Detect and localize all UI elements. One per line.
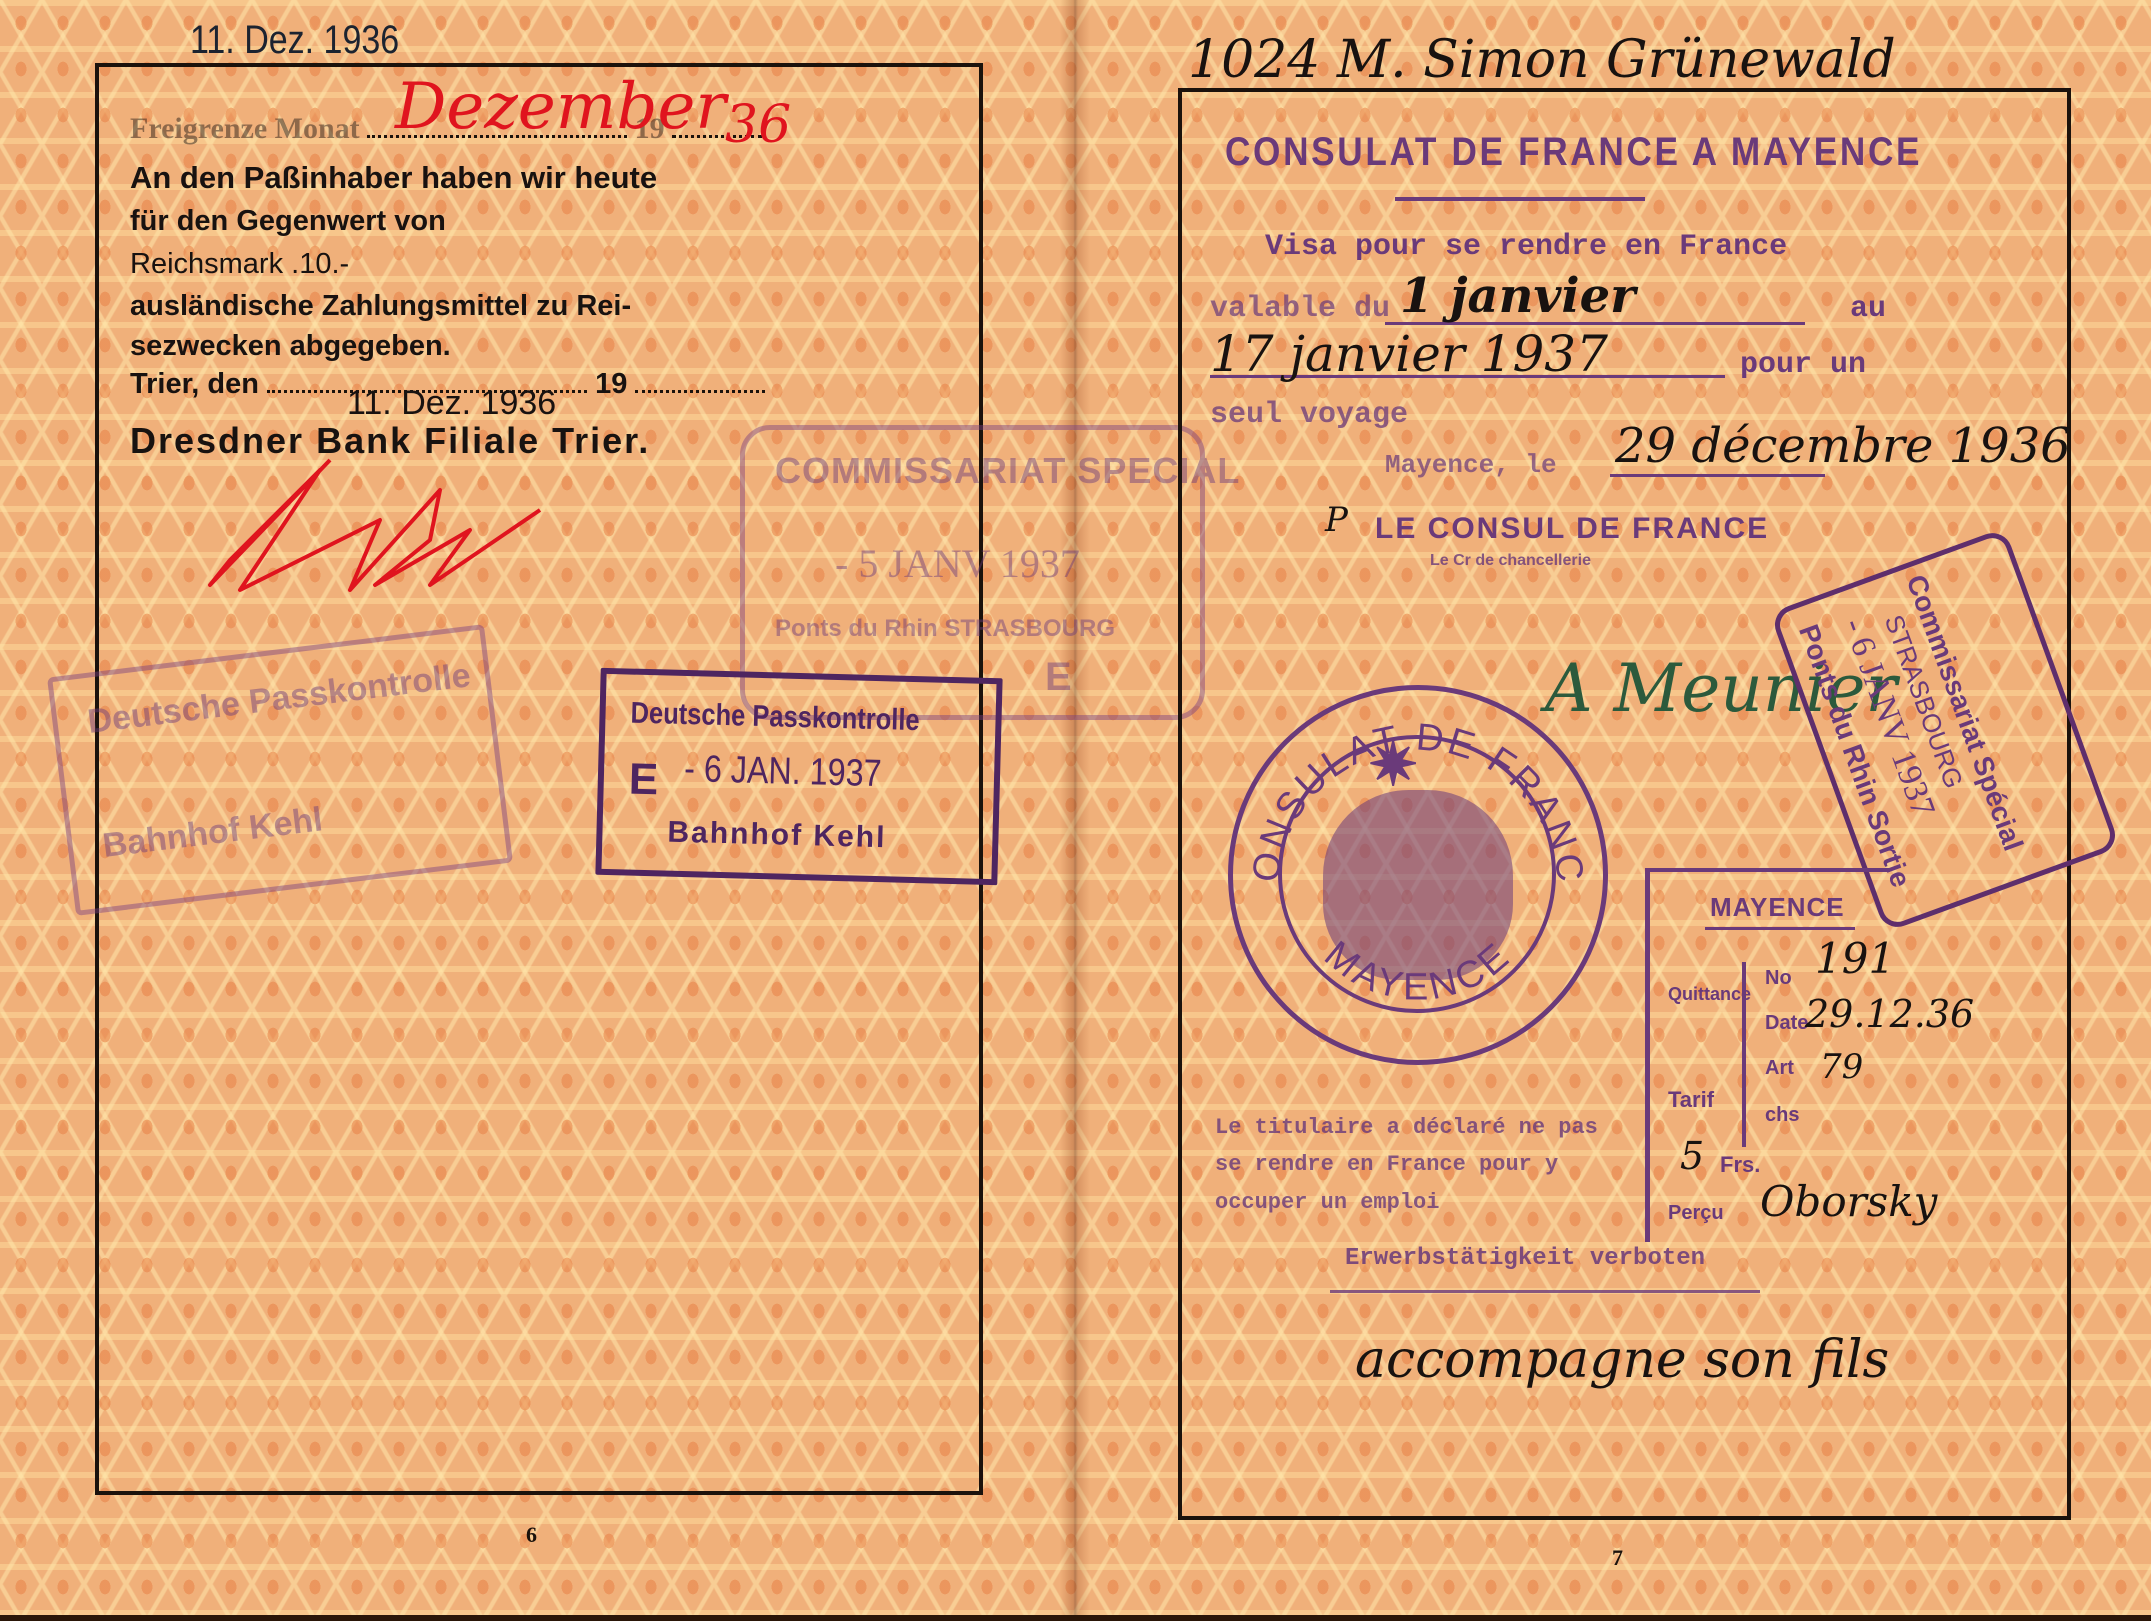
au-label: au: [1850, 292, 1886, 326]
red-signature-icon: [180, 440, 560, 590]
date-value: 29.12.36: [1805, 992, 1974, 1036]
pour-un: pour un: [1740, 348, 1866, 382]
kehl-stamp-date: - 6 JAN. 1937: [684, 748, 883, 796]
mayence-le: Mayence, le: [1385, 450, 1557, 480]
kehl-stamp-line1: Deutsche Passkontrolle: [630, 697, 920, 739]
date-label: Date: [1765, 1012, 1808, 1035]
visa-line1: Visa pour se rendre en France: [1265, 230, 1787, 264]
handwritten-month: Dezember: [395, 70, 726, 144]
handwritten-header: 1024 M. Simon Grünewald: [1188, 30, 1896, 90]
consulate-title-underline: [1395, 197, 1645, 201]
commissariat-line1: COMMISSARIAT SPECIAL: [775, 450, 1240, 492]
consul-prefix: P: [1325, 500, 1348, 540]
seul-voyage: seul voyage: [1210, 398, 1408, 432]
valable-from: 1 janvier: [1400, 268, 1635, 324]
percu-signature: Oborsky: [1760, 1177, 1937, 1226]
svg-text:MAYENCE: MAYENCE: [1316, 933, 1519, 1008]
handwritten-year: 36: [725, 95, 791, 155]
kehl-passkontrolle-stamp: Deutsche Passkontrolle E - 6 JAN. 1937 B…: [595, 668, 1002, 885]
declaration-footer: Erwerbstätigkeit verboten: [1345, 1245, 1705, 1272]
faded-stamp-line1: Deutsche Passkontrolle: [85, 656, 472, 742]
trier-date: 11. Dez. 1936: [347, 384, 556, 423]
consul-subtitle: Le Cr de chancellerie: [1430, 552, 1591, 570]
declaration-underline: [1330, 1290, 1760, 1293]
art-label: Art: [1765, 1057, 1794, 1080]
fee-stamp: MAYENCE Quittance Tarif No 191 Date 29.1…: [1645, 868, 1890, 1242]
percu-label: Perçu: [1668, 1202, 1724, 1225]
exchange-text-4: ausländische Zahlungsmittel zu Rei-: [130, 290, 631, 323]
consulate-round-seal: ✷ CONSULAT DE FRANCE MAYENCE: [1228, 685, 1608, 1065]
trier-year-suffix: 19: [595, 368, 627, 400]
commissariat-date: - 5 JANV 1937: [835, 540, 1080, 587]
amount-value: 5: [1680, 1134, 1704, 1178]
issue-date-line: [1610, 474, 1825, 477]
trier-label: Trier, den: [130, 368, 259, 400]
exchange-text-1: An den Paßinhaber haben wir heute: [130, 160, 657, 196]
fee-title-underline: [1705, 927, 1855, 930]
date-stamp-top: 11. Dez. 1936: [190, 18, 399, 63]
consul-title: LE CONSUL DE FRANCE: [1375, 512, 1769, 546]
page-number-right: 7: [1612, 1545, 1623, 1571]
page-number-left: 6: [526, 1522, 537, 1548]
art-value: 79: [1820, 1047, 1863, 1087]
book-gutter: [1060, 0, 1090, 1621]
seal-text-ring: CONSULAT DE FRANCE MAYENCE: [1233, 690, 1603, 1060]
kehl-stamp-line3: Bahnhof Kehl: [667, 816, 887, 856]
declaration-line2: se rendre en France pour y: [1215, 1152, 1558, 1177]
freigrenze-label: Freigrenze Monat: [130, 112, 360, 145]
page-bottom-edge: [0, 1615, 2151, 1621]
exchange-text-5: sezwecken abgegeben.: [130, 330, 451, 363]
commissariat-line4: E: [1045, 655, 1072, 700]
no-label: No: [1765, 967, 1792, 990]
exchange-text-3: Reichsmark .10.-: [130, 248, 349, 281]
frs-label: Frs.: [1720, 1152, 1760, 1178]
declaration-line1: Le titulaire a déclaré ne pas: [1215, 1115, 1598, 1140]
passport-spread: 11. Dez. 1936 Freigrenze Monat 19 Dezemb…: [0, 0, 2151, 1621]
valable-label: valable du: [1210, 292, 1390, 326]
trier-year-dots: [635, 390, 765, 393]
quittance-label: Quittance: [1668, 984, 1751, 1005]
valable-to: 17 janvier 1937: [1210, 325, 1608, 383]
exchange-text-2: für den Gegenwert von: [130, 205, 446, 238]
chs-label: chs: [1765, 1104, 1799, 1127]
tarif-label: Tarif: [1668, 1087, 1714, 1113]
commissariat-line3: Ponts du Rhin STRASBOURG: [775, 615, 1115, 643]
fee-stamp-title: MAYENCE: [1710, 892, 1845, 923]
no-value: 191: [1815, 934, 1895, 983]
faded-stamp-line3: Bahnhof Kehl: [101, 800, 325, 866]
trier-date-dots: 11. Dez. 1936: [267, 390, 587, 393]
consulate-title: CONSULAT DE FRANCE A MAYENCE: [1225, 130, 1922, 175]
kehl-stamp-letter: E: [628, 755, 659, 806]
svg-text:CONSULAT DE FRANCE: CONSULAT DE FRANCE: [1218, 657, 1592, 887]
declaration-line3: occuper un emploi: [1215, 1190, 1439, 1215]
issue-date: 29 décembre 1936: [1615, 418, 2071, 474]
handwritten-note: accompagne son fils: [1355, 1330, 1889, 1390]
trier-date-line: Trier, den 11. Dez. 1936 19: [130, 368, 765, 401]
